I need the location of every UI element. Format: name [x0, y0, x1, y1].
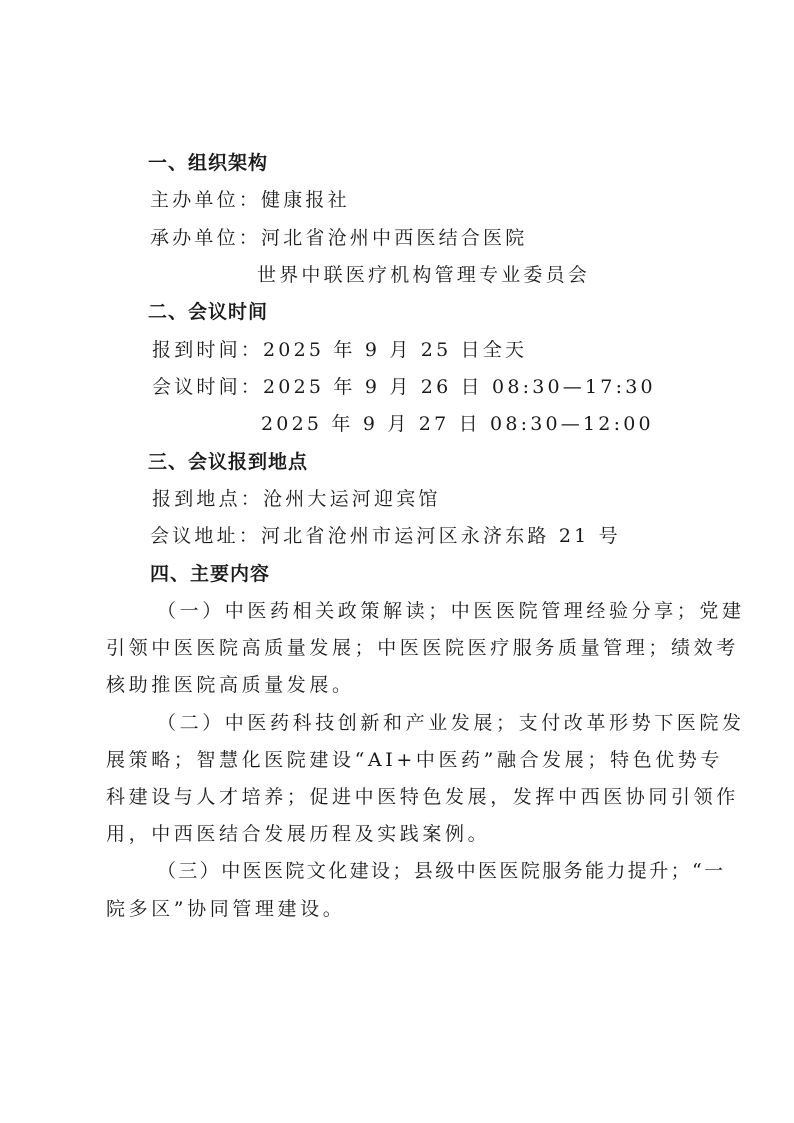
content-paragraph-1-line-1: （一）中医药相关政策解读；中医医院管理经验分享；党建	[157, 599, 745, 623]
section-heading-time: 二、会议时间	[148, 300, 268, 324]
meeting-time-line-2: 2025 年 9 月 27 日 08:30—12:00	[261, 412, 654, 436]
meeting-time-line: 会议时间：2025 年 9 月 26 日 08:30—17:30	[152, 375, 656, 399]
section-heading-location: 三、会议报到地点	[148, 450, 308, 474]
registration-location-line: 报到地点：沧州大运河迎宾馆	[152, 487, 441, 511]
content-paragraph-2-line-3: 科建设与人才培养；促进中医特色发展，发挥中西医协同引领作	[106, 785, 739, 809]
host-unit-line: 主办单位：健康报社	[150, 188, 350, 212]
content-paragraph-2-line-4: 用，中西医结合发展历程及实践案例。	[106, 822, 490, 846]
organizer-unit-line-2: 世界中联医疗机构管理专业委员会	[257, 263, 590, 287]
content-paragraph-1-line-2: 引领中医医院高质量发展；中医医院医疗服务质量管理；绩效考	[106, 636, 739, 660]
content-paragraph-2-line-1: （二）中医药科技创新和产业发展；支付改革形势下医院发	[157, 711, 745, 735]
registration-time-line: 报到时间：2025 年 9 月 25 日全天	[152, 338, 527, 362]
content-paragraph-2-line-2: 展策略；智慧化医院建设“AI+中医药”融合发展；特色优势专	[106, 748, 723, 772]
content-paragraph-1-line-3: 核助推医院高质量发展。	[106, 673, 355, 697]
content-paragraph-3-line-2: 院多区”协同管理建设。	[106, 897, 345, 921]
meeting-address-line: 会议地址：河北省沧州市运河区永济东路 21 号	[150, 524, 621, 548]
organizer-unit-line: 承办单位：河北省沧州中西医结合医院	[150, 226, 527, 250]
section-heading-content: 四、主要内容	[150, 562, 270, 586]
content-paragraph-3-line-1: （三）中医医院文化建设；县级中医医院服务能力提升；“一	[157, 859, 726, 883]
section-heading-organization: 一、组织架构	[148, 151, 268, 175]
